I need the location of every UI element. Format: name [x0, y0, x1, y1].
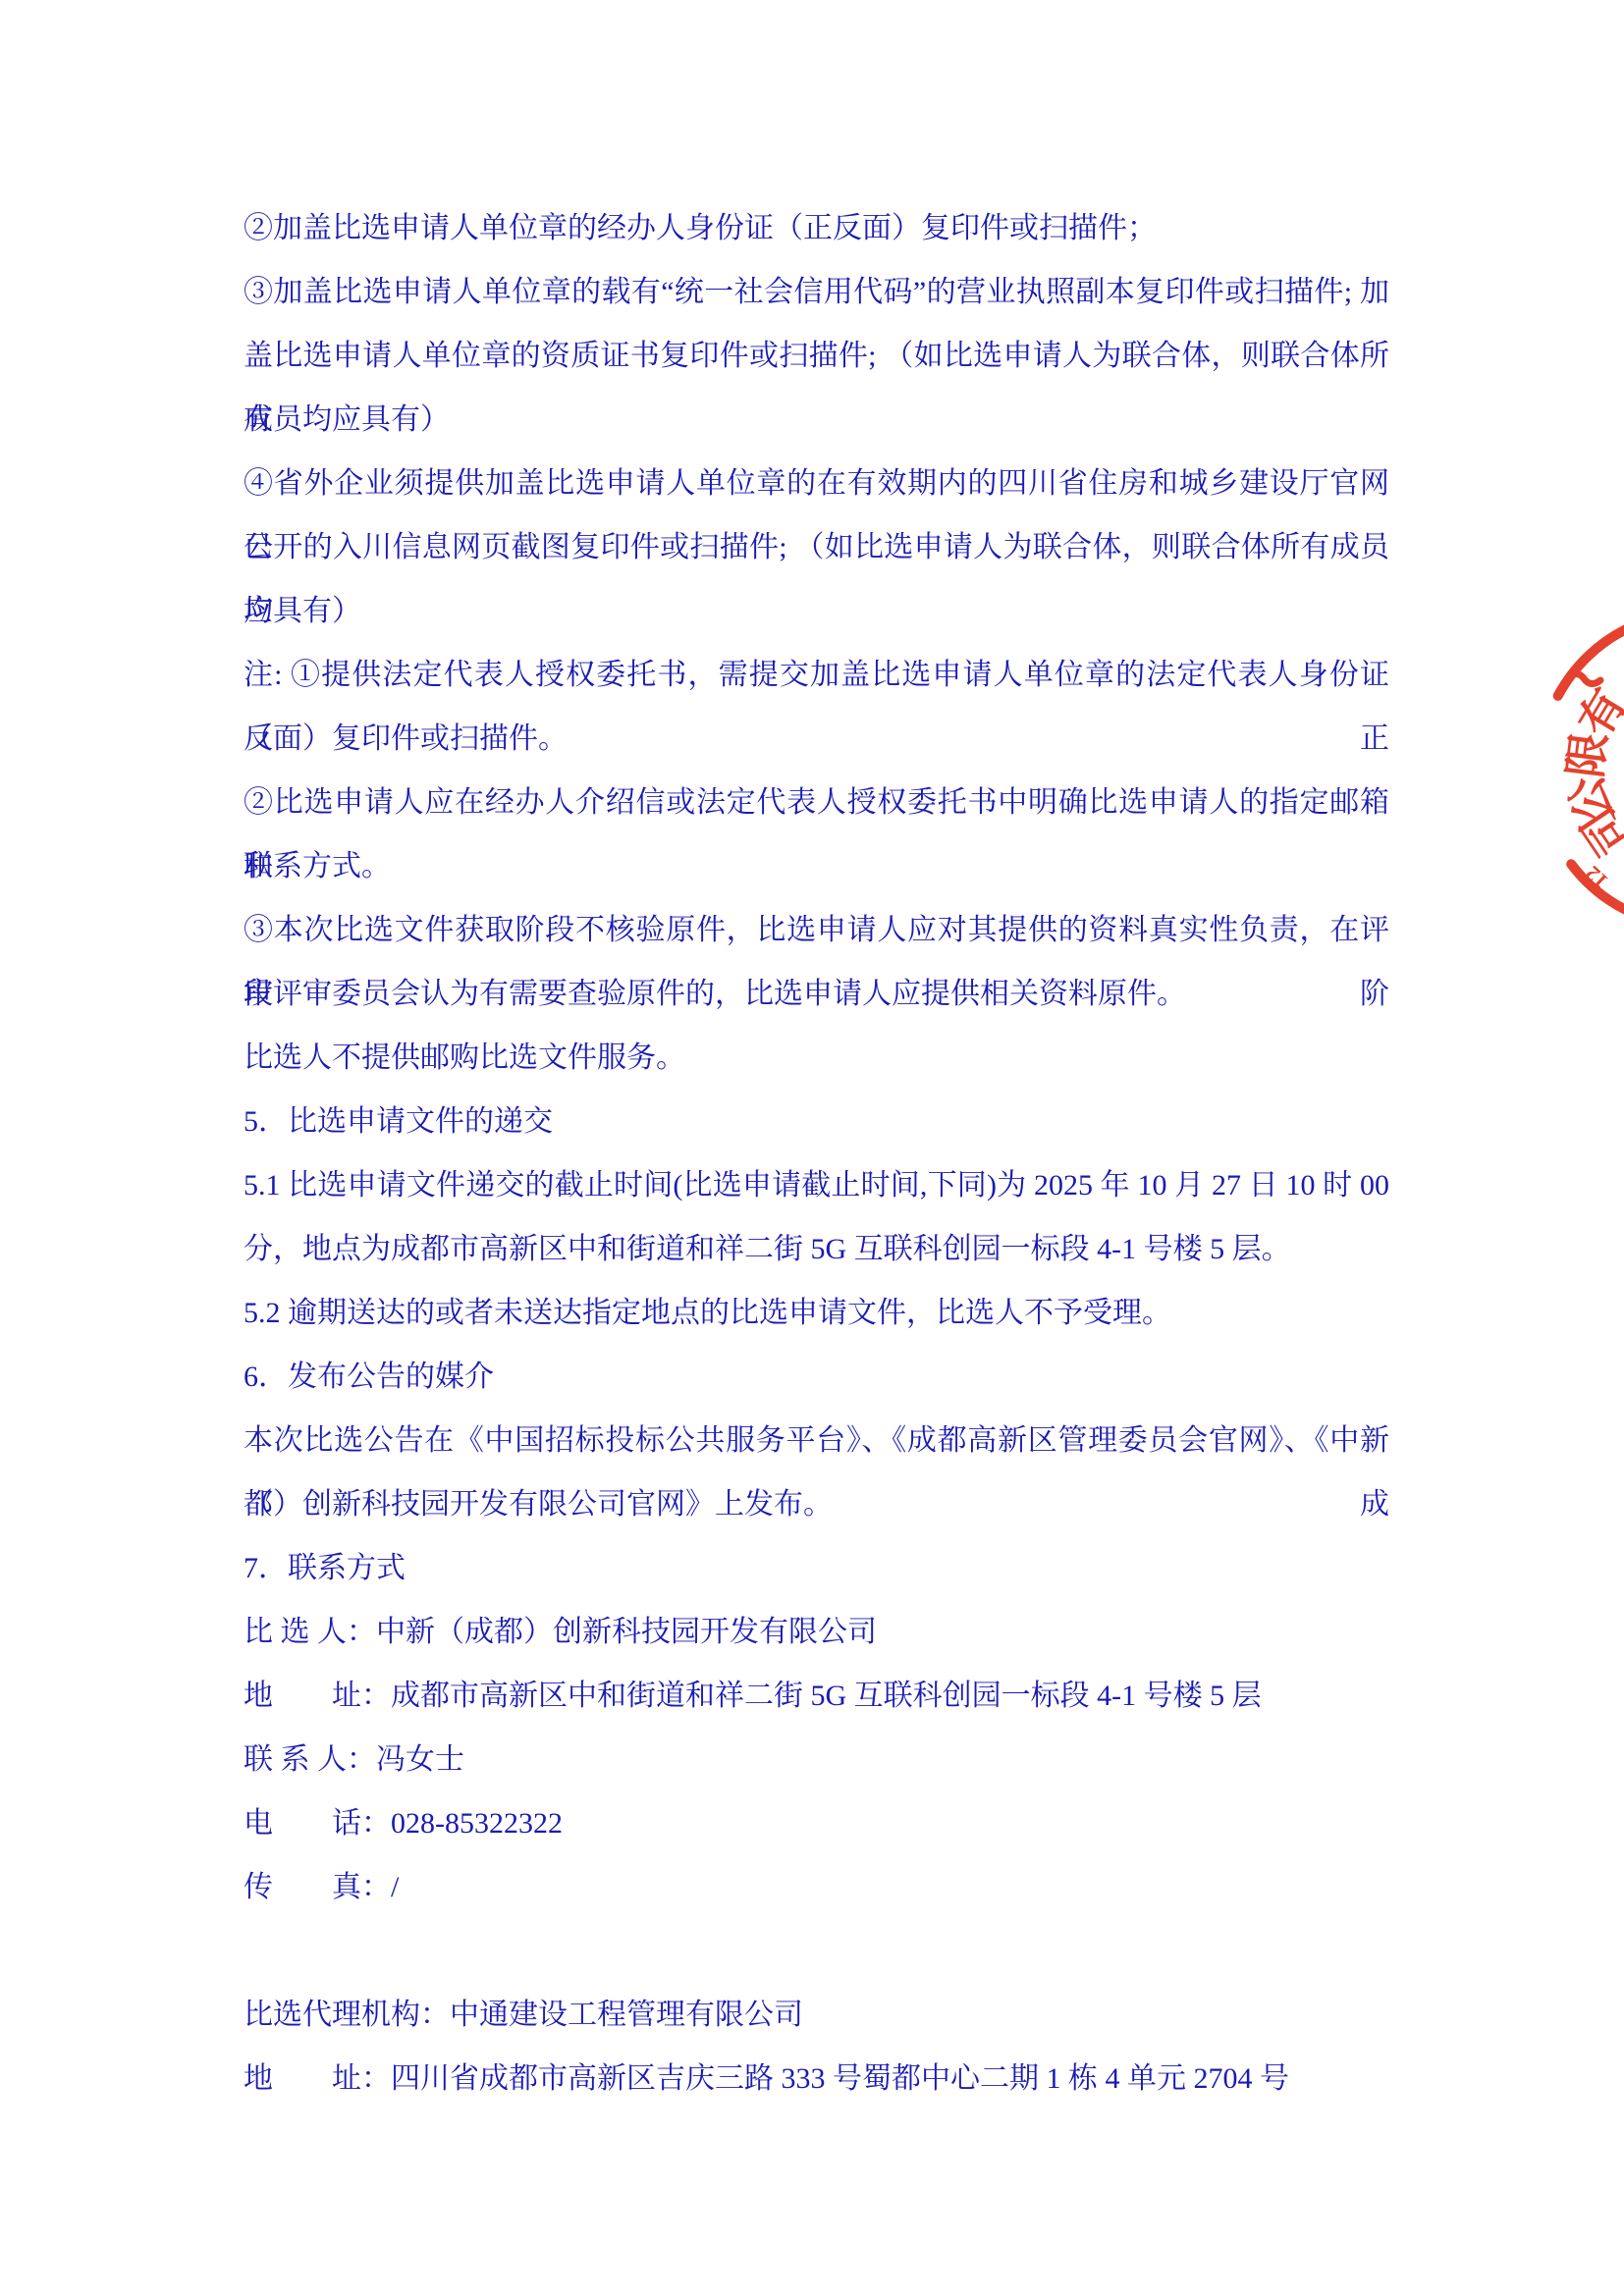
text-line: ②比选申请人应在经办人介绍信或法定代表人授权委托书中明确比选申请人的指定邮箱和	[244, 771, 1389, 834]
text-line: 6．发布公告的媒介	[244, 1345, 1389, 1409]
text-line: 联系方式。	[244, 834, 1389, 898]
text-line: 5.1 比选申请文件递交的截止时间(比选申请截止时间,下同)为 2025 年 1…	[244, 1153, 1389, 1217]
text-line: 应具有）	[244, 579, 1389, 643]
text-block: ②加盖比选申请人单位章的经办人身份证（正反面）复印件或扫描件；③加盖比选申请人单…	[244, 196, 1389, 2110]
page: ②加盖比选申请人单位章的经办人身份证（正反面）复印件或扫描件；③加盖比选申请人单…	[0, 0, 1624, 2296]
text-line: 5.2 逾期送达的或者未送达指定地点的比选申请文件，比选人不予受理。	[244, 1281, 1389, 1345]
text-line: 5．比选申请文件的递交	[244, 1090, 1389, 1153]
text-line: ③加盖比选申请人单位章的载有“统一社会信用代码”的营业执照副本复印件或扫描件; …	[244, 260, 1389, 324]
text-line: 联 系 人：冯女士	[244, 1728, 1389, 1791]
text-line: 本次比选公告在《中国招标投标公共服务平台》、《成都高新区管理委员会官网》、《中新…	[244, 1409, 1389, 1472]
text-line: 盖比选申请人单位章的资质证书复印件或扫描件; （如比选申请人为联合体，则联合体所…	[244, 324, 1389, 388]
text-line: 成员均应具有）	[244, 388, 1389, 452]
seal-digits: 12	[1580, 861, 1612, 893]
text-line: 传 真：/	[244, 1855, 1389, 1919]
text-line: 分，地点为成都市高新区中和街道和祥二街 5G 互联科创园一标段 4-1 号楼 5…	[244, 1217, 1389, 1281]
text-line: ②加盖比选申请人单位章的经办人身份证（正反面）复印件或扫描件；	[244, 196, 1389, 260]
text-line: 注: ①提供法定代表人授权委托书，需提交加盖比选申请人单位章的法定代表人身份证（…	[244, 643, 1389, 707]
text-line: 电 话：028-85322322	[244, 1791, 1389, 1855]
company-seal-stamp: 有 限 公 司 12	[1520, 593, 1624, 946]
text-line: ③本次比选文件获取阶段不核验原件，比选申请人应对其提供的资料真实性负责，在评审阶	[244, 898, 1389, 962]
text-line: 比选人不提供邮购比选文件服务。	[244, 1026, 1389, 1090]
text-line: 公开的入川信息网页截图复印件或扫描件; （如比选申请人为联合体，则联合体所有成员…	[244, 515, 1389, 579]
text-line: ④省外企业须提供加盖比选申请人单位章的在有效期内的四川省住房和城乡建设厅官网已	[244, 452, 1389, 515]
text-line: 7．联系方式	[244, 1536, 1389, 1600]
text-line: 地 址：四川省成都市高新区吉庆三路 333 号蜀都中心二期 1 栋 4 单元 2…	[244, 2047, 1389, 2110]
text-line: 地 址：成都市高新区中和街道和祥二街 5G 互联科创园一标段 4-1 号楼 5 …	[244, 1664, 1389, 1728]
text-line: 比选代理机构：中通建设工程管理有限公司	[244, 1983, 1389, 2047]
text-line: 比 选 人：中新（成都）创新科技园开发有限公司	[244, 1600, 1389, 1664]
text-line	[244, 1919, 1389, 1983]
